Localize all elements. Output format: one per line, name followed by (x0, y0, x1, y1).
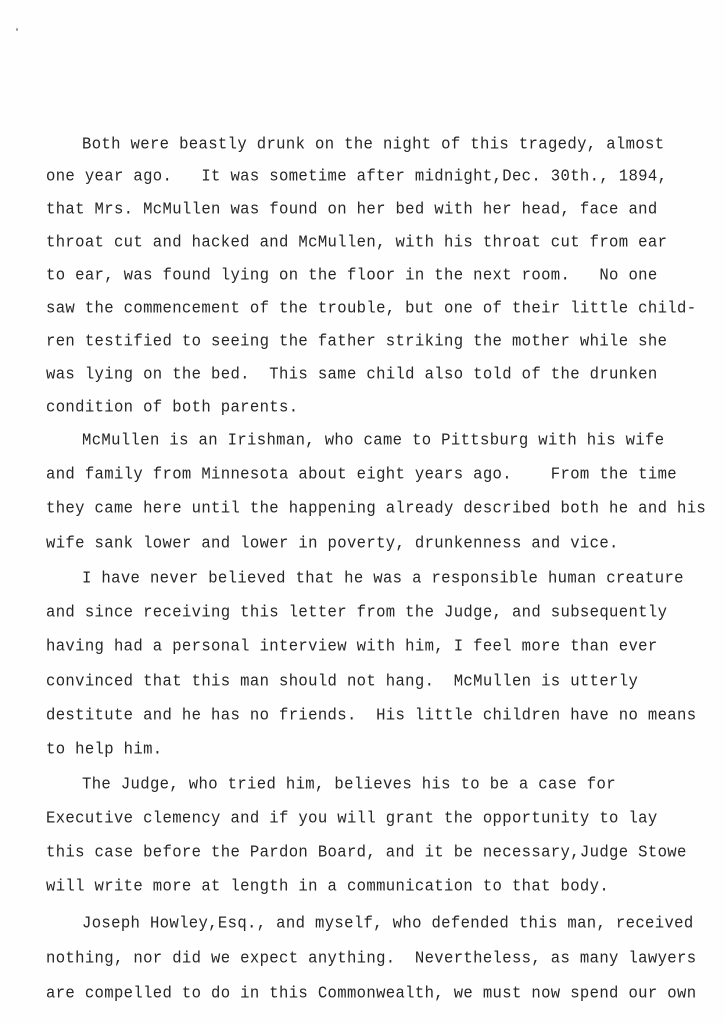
text-line: McMullen is an Irishman, who came to Pit… (82, 430, 664, 451)
text-line: Executive clemency and if you will grant… (46, 808, 658, 829)
text-line: saw the commencement of the trouble, but… (46, 298, 696, 319)
text-line: was lying on the bed. This same child al… (46, 364, 658, 385)
text-line: throat cut and hacked and McMullen, with… (46, 232, 667, 253)
text-line: to help him. (46, 739, 163, 760)
text-line: I have never believed that he was a resp… (82, 568, 684, 589)
text-line: Joseph Howley,Esq., and myself, who defe… (82, 913, 694, 934)
text-line: having had a personal interview with him… (46, 636, 658, 657)
text-line: destitute and he has no friends. His lit… (46, 705, 696, 726)
paper-speck (16, 28, 18, 31)
text-line: wife sank lower and lower in poverty, dr… (46, 533, 619, 554)
text-line: that Mrs. McMullen was found on her bed … (46, 199, 658, 220)
text-line: to ear, was found lying on the floor in … (46, 265, 658, 286)
typewritten-letter-page: Both were beastly drunk on the night of … (0, 0, 726, 1023)
text-line: ren testified to seeing the father strik… (46, 331, 667, 352)
text-line: one year ago. It was sometime after midn… (46, 166, 667, 187)
text-line: and family from Minnesota about eight ye… (46, 464, 677, 485)
text-line: condition of both parents. (46, 397, 298, 418)
text-line: convinced that this man should not hang.… (46, 671, 638, 692)
text-line: nothing, nor did we expect anything. Nev… (46, 948, 696, 969)
text-line: Both were beastly drunk on the night of … (82, 134, 664, 155)
text-line: and since receiving this letter from the… (46, 602, 667, 623)
text-line: they came here until the happening alrea… (46, 498, 706, 519)
text-line: this case before the Pardon Board, and i… (46, 842, 687, 863)
text-line: will write more at length in a communica… (46, 876, 609, 897)
text-line: The Judge, who tried him, believes his t… (82, 774, 616, 795)
text-line: are compelled to do in this Commonwealth… (46, 983, 696, 1004)
